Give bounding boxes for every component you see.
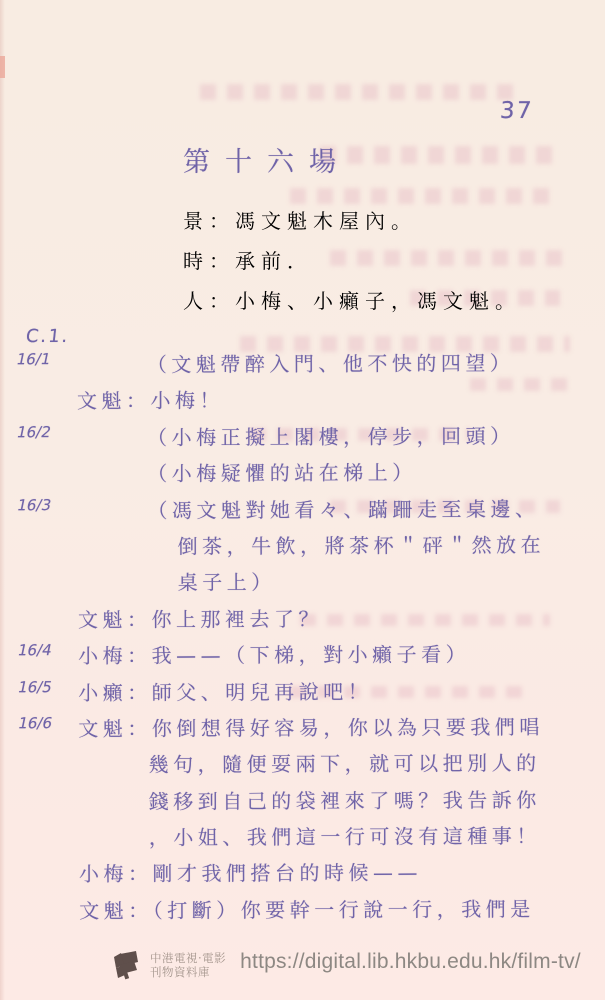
script-line: （小梅疑懼的站在梯上） (0, 456, 604, 495)
scene-title: 第十六場 (183, 140, 351, 179)
script-line: 桌子上） (0, 565, 605, 604)
script-line: 16/1（文魁帶醉入門、他不快的四望） (0, 347, 604, 386)
header-text: 承前． (235, 249, 313, 273)
scanned-script-page: 37 第十六場 景：馮文魁木屋內。 時：承前． 人：小梅、小癩子，馮文魁。 C.… (0, 0, 605, 1000)
speaker-name: 小癩： (78, 680, 152, 704)
scan-edge-mark (0, 56, 5, 78)
script-line: 文魁：你上那裡去了？ (0, 601, 605, 640)
script-line: 文魁：小梅！ (0, 383, 604, 422)
speaker-name: 文魁： (78, 607, 152, 631)
header-label: 人： (183, 289, 235, 313)
shot-number: 16/4 (16, 641, 53, 659)
library-name-line2: 刊物資料庫 (150, 965, 226, 979)
shot-number: 16/6 (16, 714, 53, 732)
shot-number: 16/1 (15, 350, 52, 368)
line-text: 我——（下梯，對小癩子看） (152, 642, 471, 667)
line-text: 錢移到自己的袋裡來了嗎？我告訴你 (149, 788, 541, 814)
speaker-name: 小梅： (79, 862, 153, 886)
library-name-line1: 中港電視·電影 (150, 951, 226, 965)
script-line: 16/3（馮文魁對她看々、蹣跚走至桌邊、 (0, 492, 605, 531)
line-text: ，小姐、我們這一行可沒有這種事！ (149, 824, 541, 850)
script-line: 錢移到自己的袋裡來了嗎？我告訴你 (1, 783, 605, 822)
line-text: 你倒想得好容易，你以為只要我們唱 (152, 715, 544, 741)
line-text: （文魁帶醉入門、他不快的四望） (147, 351, 515, 377)
line-text: 你上那裡去了？ (151, 607, 323, 632)
line-text: 師父、明兒再說吧！ (152, 679, 373, 704)
header-label: 時： (183, 249, 235, 273)
cue-label: C.1. (25, 326, 71, 347)
shot-number: 16/5 (16, 678, 53, 696)
speaker-name: 文魁： (77, 389, 151, 413)
line-text: （馮文魁對她看々、蹣跚走至桌邊、 (147, 497, 539, 523)
shot-number: 16/2 (15, 423, 52, 441)
page-number: 37 (499, 98, 534, 124)
bleed-through (200, 84, 520, 100)
line-text: 幾句，隨便耍兩下，就可以把別人的 (148, 751, 540, 777)
line-text: 倒茶，牛飲，將茶杯＂砰＂然放在 (178, 533, 546, 559)
library-watermark: 中港電視·電影 刊物資料庫 https://digital.lib.hkbu.e… (110, 948, 581, 982)
library-url: https://digital.lib.hkbu.edu.hk/film-tv/ (240, 950, 581, 974)
speaker-name: 小梅： (78, 644, 152, 668)
bleed-through (320, 146, 555, 164)
script-line: 16/6文魁：你倒想得好容易，你以為只要我們唱 (0, 711, 605, 750)
speaker-name: 文魁： (78, 717, 152, 741)
script-line: 16/2（小梅正擬上閣樓，停步，回頭） (0, 419, 604, 458)
line-text: 剛才我們搭台的時候—— (152, 861, 422, 886)
stage-light-icon (110, 948, 144, 982)
shot-number: 16/3 (16, 496, 53, 514)
library-name: 中港電視·電影 刊物資料庫 (150, 951, 226, 979)
script-line: 小梅：剛才我們搭台的時候—— (1, 856, 605, 895)
line-text: （小梅正擬上閣樓，停步，回頭） (147, 424, 515, 450)
script-line: 16/4小梅：我——（下梯，對小癩子看） (0, 638, 605, 677)
script-line: 倒茶，牛飲，將茶杯＂砰＂然放在 (0, 529, 605, 568)
scene-header: 景：馮文魁木屋內。 時：承前． 人：小梅、小癩子，馮文魁。 (183, 205, 521, 325)
script-line: 文魁：（打斷）你要幹一行說一行，我們是 (1, 893, 605, 932)
line-text: （小梅疑懼的站在梯上） (147, 461, 417, 486)
script-line: 16/5小癩：師父、明兒再說吧！ (0, 674, 605, 713)
header-text: 小梅、小癩子，馮文魁。 (235, 289, 521, 313)
header-text: 馮文魁木屋內。 (235, 209, 417, 233)
script-body: 16/1（文魁帶醉入門、他不快的四望） 文魁：小梅！ 16/2（小梅正擬上閣樓，… (0, 347, 605, 932)
speaker-name: 文魁： (79, 899, 153, 923)
script-line: 幾句，隨便耍兩下，就可以把別人的 (0, 747, 605, 786)
line-text: 小梅！ (150, 389, 224, 413)
header-label: 景： (183, 209, 235, 233)
script-line: ，小姐、我們這一行可沒有這種事！ (1, 820, 605, 859)
bleed-through (290, 188, 555, 204)
line-text: （打斷）你要幹一行說一行，我們是 (153, 897, 535, 923)
line-text: 桌子上） (178, 570, 276, 594)
